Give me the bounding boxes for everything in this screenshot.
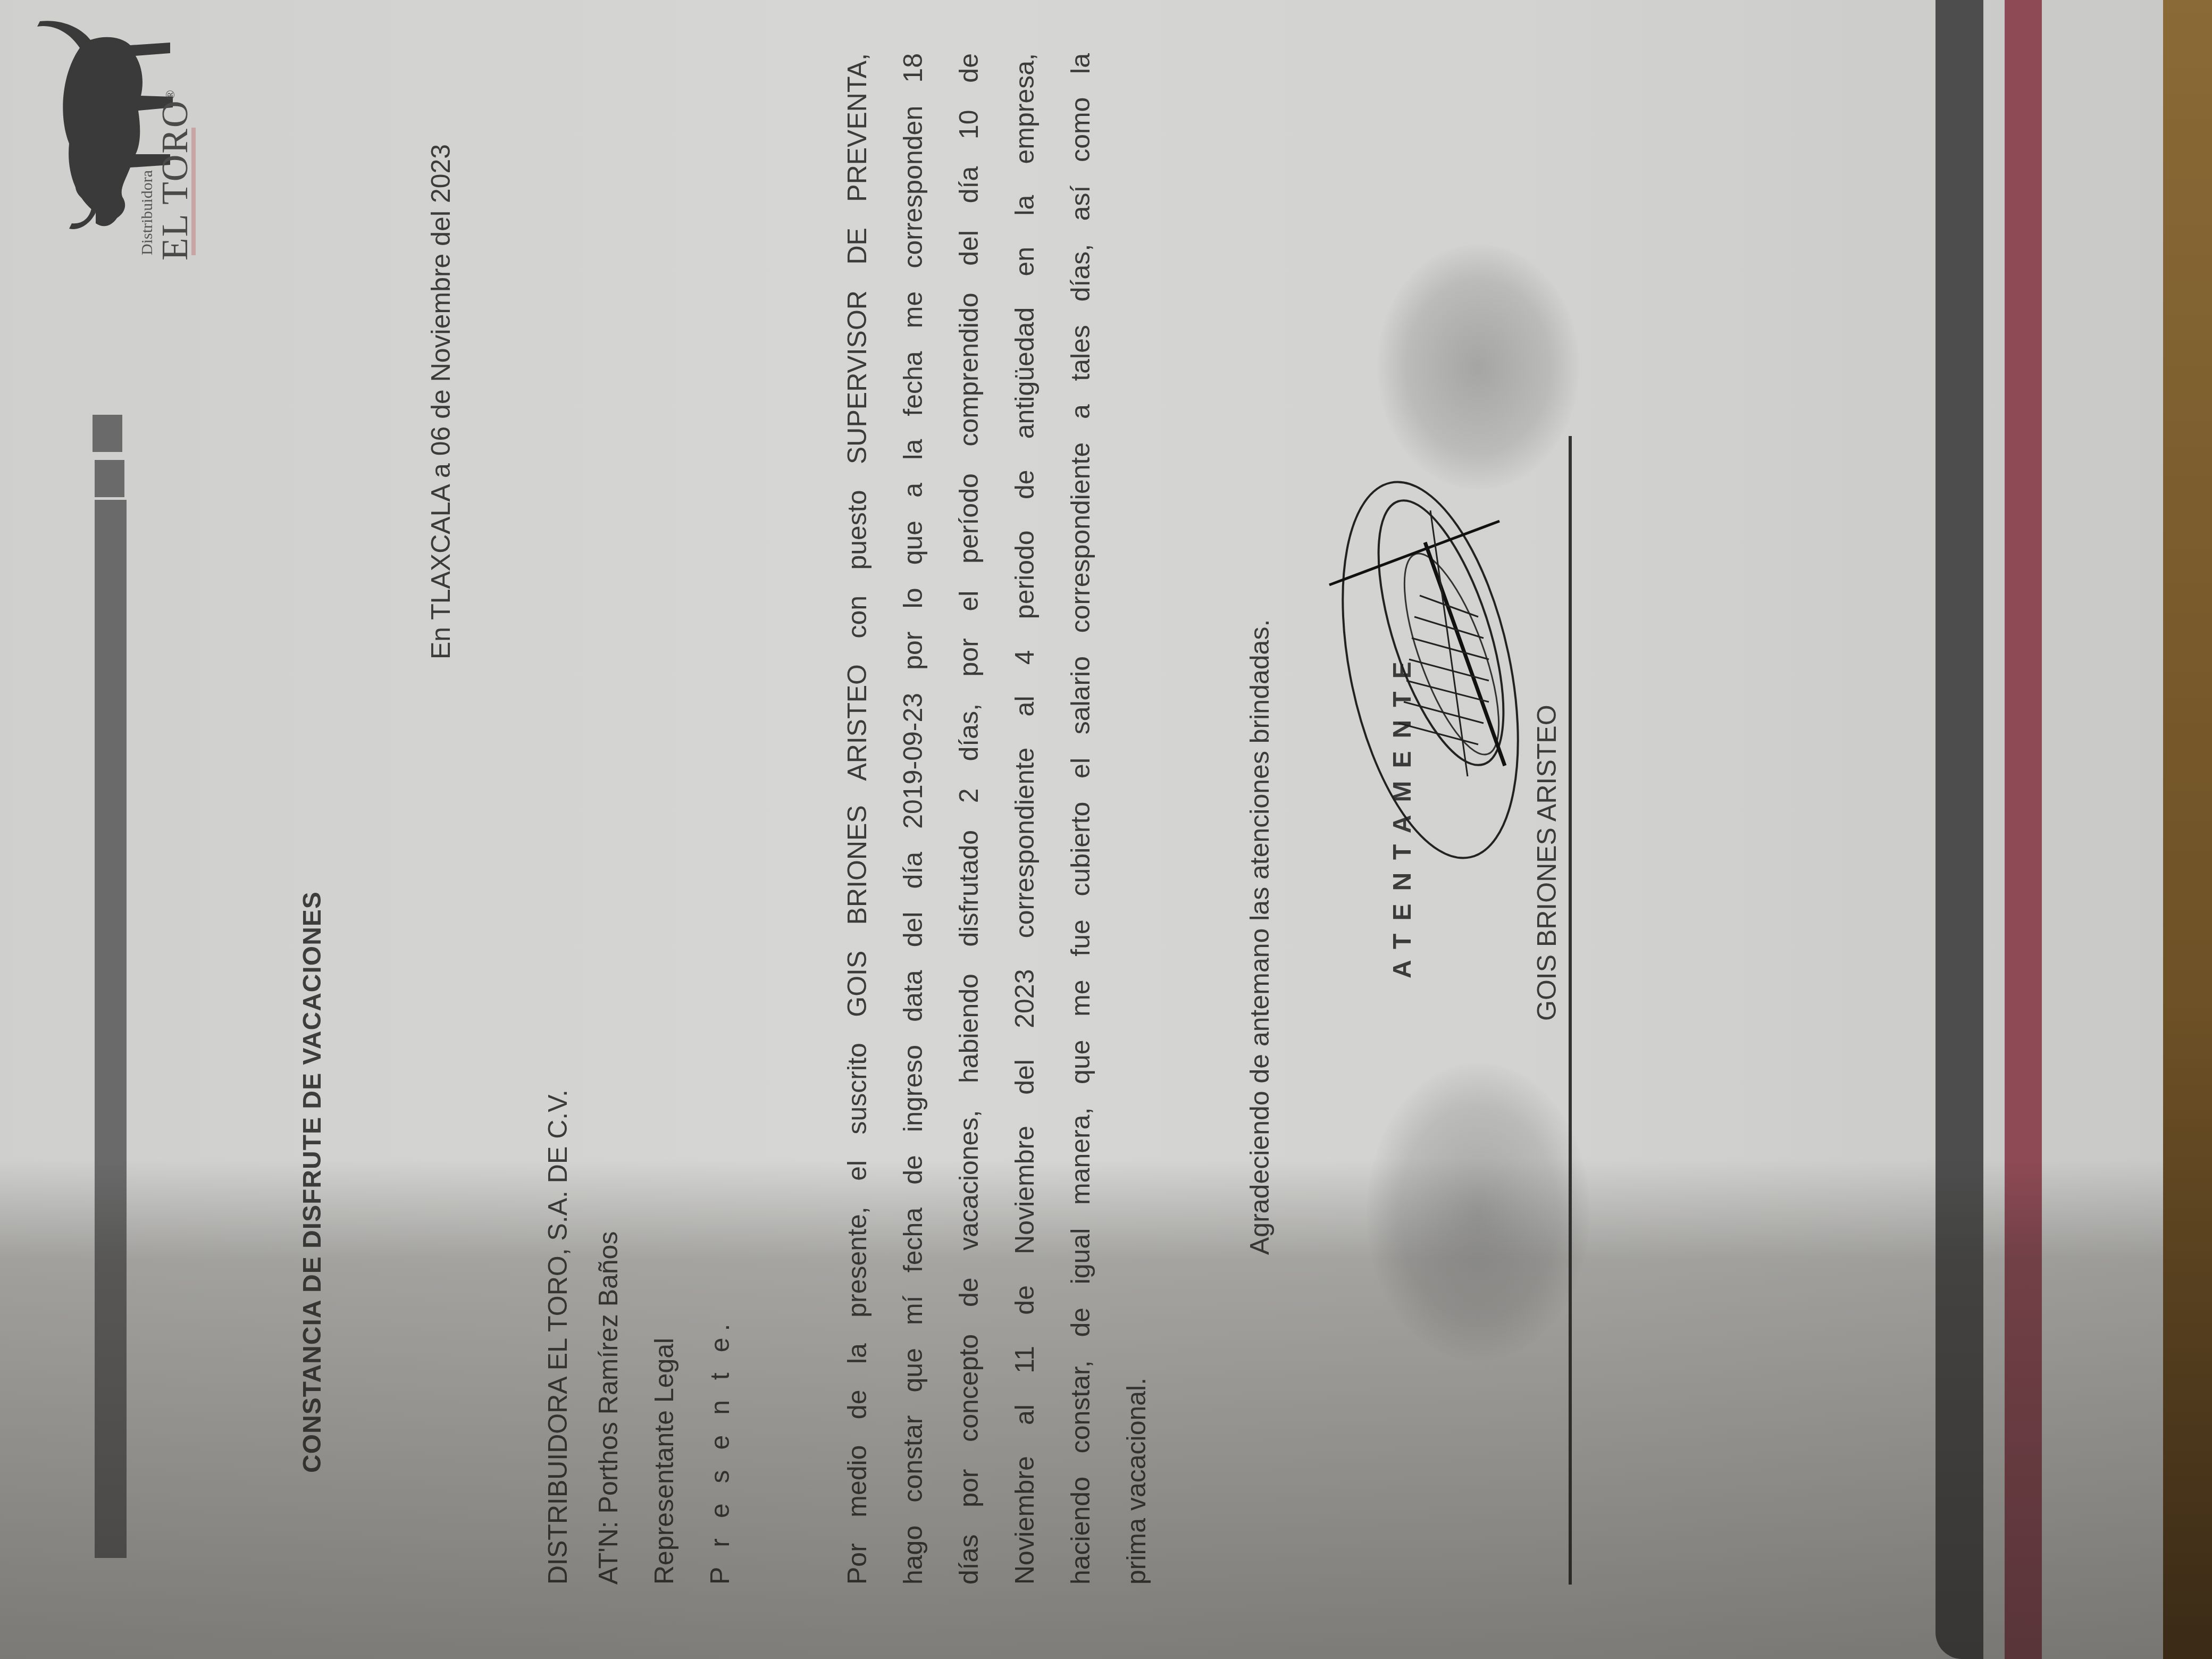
recipient-company: DISTRIBUIDORA EL TORO, S.A. DE C.V. — [542, 1090, 573, 1585]
body-line: prima vacacional. — [1109, 53, 1164, 1585]
brand-name-text: EL TORO — [155, 100, 196, 261]
recipient-attention: AT'N: Porthos Ramírez Baños — [593, 1231, 624, 1585]
body-paragraph: Por medio de la presente, el suscrito GO… — [829, 53, 1164, 1585]
brand-small-text: Distribuidora — [138, 170, 156, 255]
company-logo: Distribuidora EL TORO® — [16, 11, 197, 255]
document-page: Distribuidora EL TORO® CONSTANCIA DE DIS… — [0, 0, 2212, 1659]
footer-stripe-gray — [1935, 0, 1983, 1659]
signer-name: GOIS BRIONES ARISTEO — [1531, 705, 1562, 1021]
fingerprint-mark — [1377, 245, 1579, 489]
header-bar — [95, 500, 127, 1558]
registered-mark: ® — [164, 89, 178, 99]
footer-stripe-red — [2005, 0, 2042, 1659]
body-line: haciendo constar, de igual manera, que m… — [1053, 53, 1109, 1585]
date-line: En TLAXCALA a 06 de Noviembre del 2023 — [425, 144, 456, 659]
wood-surface — [2163, 0, 2212, 1659]
body-line: hago constar que mí fecha de ingreso dat… — [885, 53, 941, 1585]
document-title: CONSTANCIA DE DISFRUTE DE VACACIONES — [298, 891, 327, 1473]
signature-scribble — [1308, 468, 1531, 883]
closing-text: Agradeciendo de antemano las atenciones … — [1244, 619, 1275, 1255]
recipient-role: Representante Legal — [649, 1338, 680, 1585]
fingerprint-mark — [1367, 1063, 1590, 1361]
recipient-greeting: P r e s e n t e. — [705, 1318, 735, 1585]
body-line: Por medio de la presente, el suscrito GO… — [829, 53, 885, 1585]
brand-tagline — [191, 128, 196, 255]
brand-name: EL TORO® — [154, 89, 197, 261]
body-line: Noviembre al 11 de Noviembre del 2023 co… — [997, 53, 1053, 1585]
body-line: días por concepto de vacaciones, habiend… — [941, 53, 997, 1585]
header-bar-block — [93, 415, 122, 452]
header-bar-block — [95, 460, 124, 497]
signature-line — [1569, 436, 1572, 1585]
